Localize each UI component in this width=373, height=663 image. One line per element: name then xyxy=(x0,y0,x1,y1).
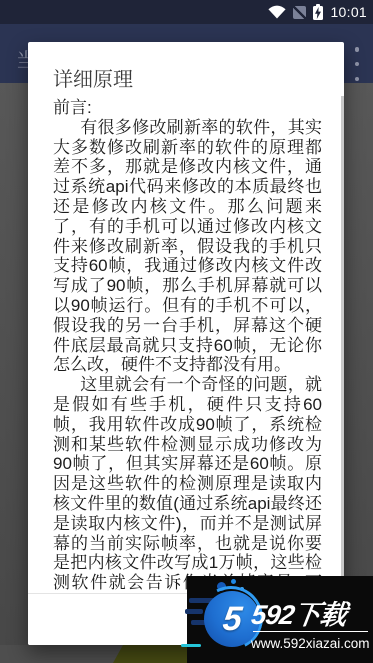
no-sim-icon xyxy=(293,6,306,19)
logo-number: 5 xyxy=(220,600,243,639)
dialog-title: 详细原理 xyxy=(28,42,344,92)
watermark-banner: 5 592下载 www.592xiazai.com xyxy=(187,576,373,663)
dialog-scrollbar[interactable] xyxy=(341,96,344,593)
status-bar-clock: 10:01 xyxy=(330,4,367,20)
dialog-paragraph: 有很多修改刷新率的软件，其实大多数修改刷新率的软件的原理都差不多，那就是修改内核… xyxy=(53,118,322,375)
bubble-dot-icon xyxy=(231,579,236,584)
dialog-paragraph: 这里就会有一个奇怪的问题，就是假如有些手机，硬件只支持60帧，我用软件改成90帧… xyxy=(53,375,322,593)
dialog-message-scroll-area[interactable]: 前言: 有很多修改刷新率的软件，其实大多数修改刷新率的软件的原理都差不多，那就是… xyxy=(28,96,344,593)
detail-principle-dialog: 详细原理 前言: 有很多修改刷新率的软件，其实大多数修改刷新率的软件的原理都差不… xyxy=(28,42,344,645)
battery-charging-icon xyxy=(313,4,323,20)
speed-line-icon xyxy=(181,644,201,647)
overflow-menu-icon[interactable] xyxy=(350,47,364,81)
dialog-preface-label: 前言: xyxy=(53,98,322,118)
watermark-separator xyxy=(253,631,368,632)
status-bar: 10:01 xyxy=(0,0,373,24)
phone-screen: 10:01 当 详细原理 前言: 有很多修改刷新率的软件，其实大多数修改刷新率的… xyxy=(0,0,373,663)
wifi-icon xyxy=(268,5,286,19)
watermark-url: www.592xiazai.com xyxy=(251,636,371,651)
watermark-brand-text: 592下载 xyxy=(249,593,372,632)
